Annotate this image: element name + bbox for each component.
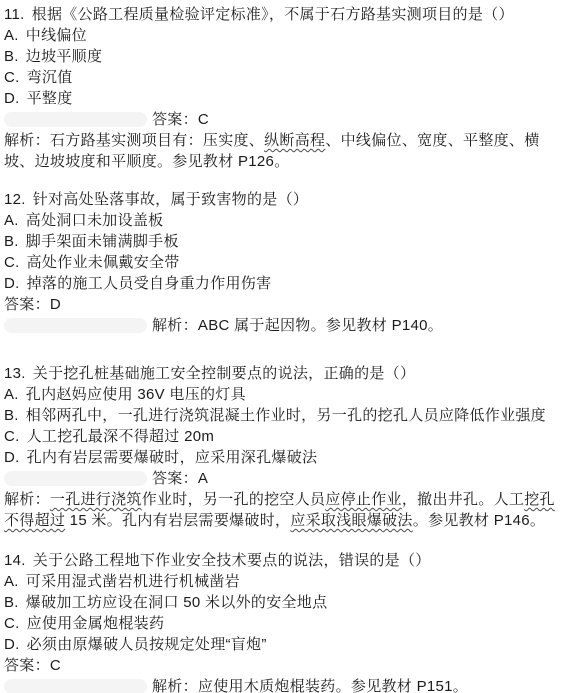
highlight-pill — [4, 471, 147, 486]
option-text: 掉落的施工人员受自身重力作用伤害 — [27, 275, 272, 292]
option-b: B.脚手架面未铺满脚手板 — [4, 231, 562, 252]
question-block-11: 11.根据《公路工程质量检验评定标准》，不属于石方路基实测项目的是（） A.中线… — [4, 4, 562, 172]
analysis-segment-wavy: 纵断高程 — [264, 132, 325, 149]
option-text: 应使用金属炮棍装药 — [27, 615, 165, 632]
option-label: D. — [4, 449, 20, 466]
option-label: B. — [4, 233, 19, 250]
option-label: D. — [4, 275, 20, 292]
question-block-13: 13.关于挖孔桩基础施工安全控制要点的说法，正确的是（） A.孔内赵妈应使用 3… — [4, 363, 562, 531]
option-text: 孔内赵妈应使用 36V 电压的灯具 — [26, 386, 246, 403]
option-label: A. — [4, 386, 19, 403]
option-text: 平整度 — [27, 90, 73, 107]
option-text: 爆破加工坊应设在洞口 50 米以外的安全地点 — [26, 594, 328, 611]
question-title: 12.针对高处坠落事故，属于致害物的是（） — [4, 189, 562, 210]
analysis-line: 解析：ABC 属于起因物。参见教材 P140。 — [4, 315, 562, 336]
option-c: C.人工挖孔最深不得超过 20m — [4, 426, 562, 447]
answer-value: C — [198, 111, 209, 128]
option-c: C.应使用金属炮棍装药 — [4, 613, 562, 634]
option-label: A. — [4, 212, 19, 229]
analysis-segment: 解析：应使用木质炮棍装药。参见教材 P151。 — [152, 678, 468, 693]
answer-line: 答案：C — [4, 109, 562, 130]
analysis-segment: 。参见教材 P146。 — [413, 512, 546, 529]
option-a: A.中线偏位 — [4, 25, 562, 46]
question-number: 14. — [4, 552, 26, 569]
analysis-line: 解析：石方路基实测项目有：压实度、纵断高程、中线偏位、宽度、平整度、横坡、边坡坡… — [4, 130, 562, 172]
answer-value: C — [50, 657, 61, 674]
analysis-segment-wavy: 应停止作业 — [325, 491, 402, 508]
option-b: B.边坡平顺度 — [4, 46, 562, 67]
answer-value: A — [198, 470, 208, 487]
answer-label: 答案： — [152, 111, 198, 128]
question-title-text: 根据《公路工程质量检验评定标准》，不属于石方路基实测项目的是（） — [32, 6, 514, 23]
option-c: C.弯沉值 — [4, 67, 562, 88]
answer-line: 答案：A — [4, 468, 562, 489]
option-text: 孔内有岩层需要爆破时，应采用深孔爆破法 — [27, 449, 318, 466]
question-title-text: 关于挖孔桩基础施工安全控制要点的说法，正确的是（） — [33, 365, 416, 382]
option-a: A.高处洞口未加设盖板 — [4, 210, 562, 231]
option-a: A.孔内赵妈应使用 36V 电压的灯具 — [4, 384, 562, 405]
question-number: 13. — [4, 365, 26, 382]
option-label: D. — [4, 90, 20, 107]
option-label: B. — [4, 48, 19, 65]
question-number: 12. — [4, 191, 26, 208]
analysis-segment-wavy: 应采取浅眼爆破法 — [290, 512, 412, 529]
analysis-segment: 作业时，另一孔的挖空人员 — [142, 491, 326, 508]
option-d: D.孔内有岩层需要爆破时，应采用深孔爆破法 — [4, 447, 562, 468]
option-text: 人工挖孔最深不得超过 20m — [27, 428, 215, 445]
option-d: D.掉落的施工人员受自身重力作用伤害 — [4, 273, 562, 294]
highlight-pill — [4, 318, 147, 333]
option-text: 相邻两孔中，一孔进行浇筑混凝土作业时，另一孔的挖孔人员应降低作业强度 — [26, 407, 546, 424]
option-text: 高处洞口未加设盖板 — [26, 212, 164, 229]
option-text: 必须由原爆破人员按规定处理“盲炮” — [27, 636, 267, 653]
option-text: 可采用湿式凿岩机进行机械凿岩 — [26, 573, 240, 590]
option-label: C. — [4, 254, 20, 271]
question-block-12: 12.针对高处坠落事故，属于致害物的是（） A.高处洞口未加设盖板 B.脚手架面… — [4, 189, 562, 336]
analysis-segment-wavy: 一孔进行浇筑 — [50, 491, 142, 508]
analysis-segment: 解析：石方路基实测项目有：压实度、 — [4, 132, 264, 149]
option-text: 边坡平顺度 — [26, 48, 103, 65]
analysis-line: 解析：应使用木质炮棍装药。参见教材 P151。 — [4, 676, 562, 693]
answer-label: 答案： — [152, 470, 198, 487]
option-label: A. — [4, 573, 19, 590]
option-text: 中线偏位 — [26, 27, 87, 44]
answer-line: 答案：D — [4, 294, 562, 315]
exam-page: 11.根据《公路工程质量检验评定标准》，不属于石方路基实测项目的是（） A.中线… — [0, 0, 566, 693]
option-a: A.可采用湿式凿岩机进行机械凿岩 — [4, 571, 562, 592]
option-label: C. — [4, 615, 20, 632]
answer-label: 答案： — [4, 296, 50, 313]
option-label: B. — [4, 594, 19, 611]
option-d: D.平整度 — [4, 88, 562, 109]
question-block-14: 14.关于公路工程地下作业安全技术要点的说法，错误的是（） A.可采用湿式凿岩机… — [4, 550, 562, 693]
option-label: B. — [4, 407, 19, 424]
question-title: 11.根据《公路工程质量检验评定标准》，不属于石方路基实测项目的是（） — [4, 4, 562, 25]
question-title-text: 针对高处坠落事故，属于致害物的是（） — [33, 191, 308, 208]
option-label: C. — [4, 428, 20, 445]
answer-value: D — [50, 296, 61, 313]
question-title: 14.关于公路工程地下作业安全技术要点的说法，错误的是（） — [4, 550, 562, 571]
option-label: D. — [4, 636, 20, 653]
option-b: B.爆破加工坊应设在洞口 50 米以外的安全地点 — [4, 592, 562, 613]
option-label: C. — [4, 69, 20, 86]
option-text: 脚手架面未铺满脚手板 — [26, 233, 179, 250]
analysis-line: 解析：一孔进行浇筑作业时，另一孔的挖空人员应停止作业，撤出井孔。人工挖孔不得超过… — [4, 489, 562, 531]
option-d: D.必须由原爆破人员按规定处理“盲炮” — [4, 634, 562, 655]
analysis-segment: ，撤出井孔。人工 — [402, 491, 524, 508]
question-number: 11. — [4, 6, 25, 23]
option-text: 高处作业未佩戴安全带 — [27, 254, 180, 271]
option-b: B.相邻两孔中，一孔进行浇筑混凝土作业时，另一孔的挖孔人员应降低作业强度 — [4, 405, 562, 426]
option-c: C.高处作业未佩戴安全带 — [4, 252, 562, 273]
question-title: 13.关于挖孔桩基础施工安全控制要点的说法，正确的是（） — [4, 363, 562, 384]
answer-label: 答案： — [4, 657, 50, 674]
analysis-segment: 解析：ABC 属于起因物。参见教材 P140。 — [152, 317, 443, 334]
analysis-segment: 解析： — [4, 491, 50, 508]
option-label: A. — [4, 27, 19, 44]
highlight-pill — [4, 679, 147, 693]
answer-line: 答案：C — [4, 655, 562, 676]
highlight-pill — [4, 112, 147, 127]
analysis-segment: 15 米。孔内有岩层需要爆破时， — [65, 512, 290, 529]
option-text: 弯沉值 — [27, 69, 73, 86]
question-title-text: 关于公路工程地下作业安全技术要点的说法，错误的是（） — [33, 552, 431, 569]
